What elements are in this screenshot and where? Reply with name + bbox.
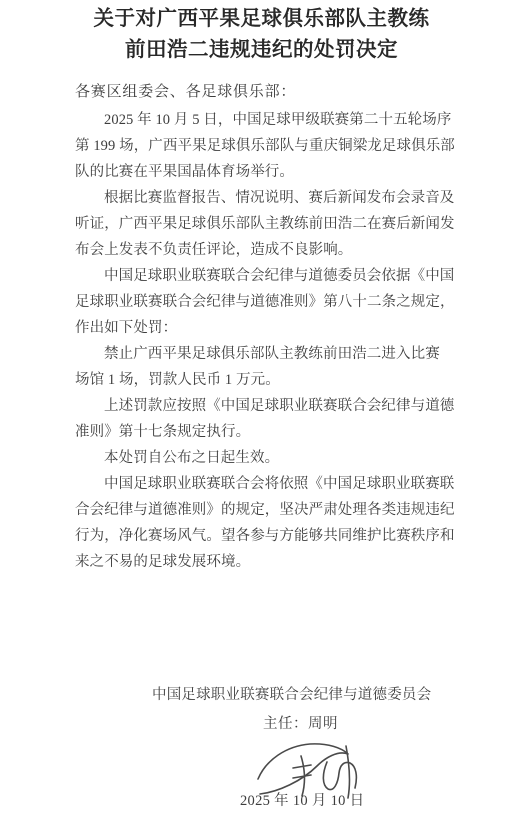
body-line: 禁止广西平果足球俱乐部队主教练前田浩二进入比赛: [75, 341, 457, 367]
body-line: 本处罚自公布之日起生效。: [75, 445, 457, 471]
title-line-2: 前田浩二违规违纪的处罚决定: [0, 35, 523, 66]
body-line: 上述罚款应按照《中国足球职业联赛联合会纪律与道德: [75, 393, 457, 419]
document-title: 关于对广西平果足球俱乐部队主教练 前田浩二违规违纪的处罚决定: [0, 4, 523, 66]
body-line: 准则》第十七条规定执行。: [75, 419, 457, 445]
body-line: 足球职业联赛联合会纪律与道德准则》第八十二条之规定，: [75, 289, 457, 315]
issuer-committee: 中国足球职业联赛联合会纪律与道德委员会: [152, 683, 431, 704]
body-line: 听证，广西平果足球俱乐部队主教练前田浩二在赛后新闻发: [75, 211, 457, 237]
body-line: 根据比赛监督报告、情况说明、赛后新闻发布会录音及: [75, 185, 457, 211]
body-line: 行为，净化赛场风气。望各参与方能够共同维护比赛秩序和: [75, 523, 457, 549]
issue-date: 2025 年 10 月 10 日: [240, 789, 364, 810]
body-line: 中国足球职业联赛联合会将依照《中国足球职业联赛联: [75, 471, 457, 497]
director-name: 主任：周明: [263, 712, 338, 733]
body-line: 来之不易的足球发展环境。: [75, 549, 457, 575]
body-line: 场馆 1 场，罚款人民币 1 万元。: [75, 367, 457, 393]
body-line: 中国足球职业联赛联合会纪律与道德委员会依据《中国: [75, 263, 457, 289]
salutation: 各赛区组委会、各足球俱乐部：: [75, 80, 296, 101]
title-line-1: 关于对广西平果足球俱乐部队主教练: [0, 4, 523, 35]
body-line: 2025 年 10 月 5 日，中国足球甲级联赛第二十五轮场序: [75, 107, 457, 133]
body-line: 布会上发表不负责任评论，造成不良影响。: [75, 237, 457, 263]
document-body: 2025 年 10 月 5 日，中国足球甲级联赛第二十五轮场序第 199 场，广…: [75, 107, 457, 575]
body-line: 队的比赛在平果国晶体育场举行。: [75, 159, 457, 185]
body-line: 第 199 场，广西平果足球俱乐部队与重庆铜梁龙足球俱乐部: [75, 133, 457, 159]
document-page: 关于对广西平果足球俱乐部队主教练 前田浩二违规违纪的处罚决定 各赛区组委会、各足…: [0, 0, 523, 814]
body-line: 作出如下处罚：: [75, 315, 457, 341]
body-line: 合会纪律与道德准则》的规定，坚决严肃处理各类违规违纪: [75, 497, 457, 523]
